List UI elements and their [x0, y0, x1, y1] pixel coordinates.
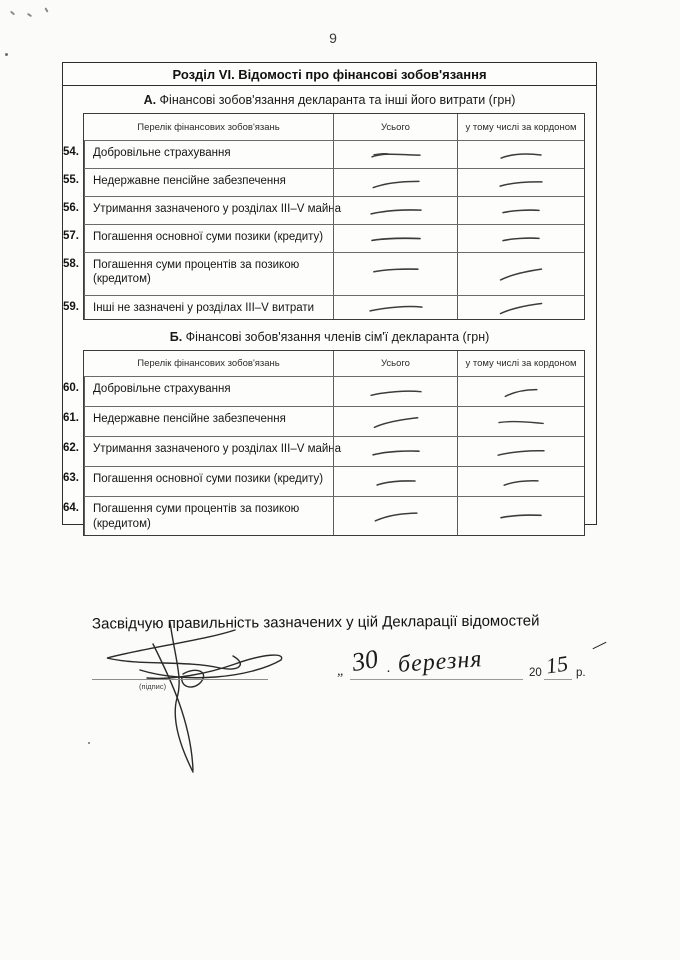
- abroad-dash-mark: [457, 407, 584, 436]
- total-dash-mark: [333, 407, 457, 436]
- handwritten-dash-icon: [371, 413, 420, 430]
- scan-artifact-speck: [5, 53, 8, 56]
- abroad-dash-mark: [457, 197, 584, 224]
- table-row: 58. Погашення суми процентів за позикою …: [84, 252, 584, 295]
- row-number: 55.: [63, 174, 83, 186]
- table-row: 60. Добровільне страхування: [84, 376, 584, 406]
- subsection-b-text: Фінансові зобов'язання членів сім'ї декл…: [182, 330, 489, 344]
- row-number: 54.: [63, 146, 83, 158]
- handwritten-dash-icon: [501, 233, 541, 244]
- year-suffix: р.: [576, 667, 586, 679]
- scan-artifact-tick: [27, 13, 32, 18]
- handwritten-dash-icon: [498, 176, 544, 188]
- handwritten-dash-icon: [497, 414, 546, 429]
- col-header-list: Перелік фінансових зобов'язань: [84, 114, 333, 140]
- financial-obligations-table-b: Перелік фінансових зобов'язань Усього у …: [83, 350, 585, 536]
- abroad-dash-mark: [457, 437, 584, 466]
- signature-caption: (підпис): [139, 682, 166, 691]
- subsection-a-text: Фінансові зобов'язання декларанта та інш…: [156, 93, 515, 107]
- abroad-dash-mark: [457, 141, 584, 168]
- handwritten-dash-icon: [496, 446, 546, 459]
- handwritten-dash-icon: [497, 264, 545, 284]
- page-number: 9: [318, 30, 348, 46]
- abroad-dash-mark: [457, 253, 584, 295]
- row-label: Утримання зазначеного у розділах III–V м…: [84, 197, 333, 224]
- subsection-a-title: А. Фінансові зобов'язання декларанта та …: [63, 93, 596, 107]
- table-row: 55. Недержавне пенсійне забезпечення: [84, 168, 584, 196]
- handwritten-dash-icon: [499, 510, 543, 522]
- handwritten-year: 15: [544, 651, 569, 680]
- row-label: Погашення основної суми позики (кредиту): [84, 225, 333, 252]
- subsection-b-title: Б. Фінансові зобов'язання членів сім'ї д…: [63, 330, 596, 344]
- handwritten-dash-icon: [501, 205, 541, 216]
- handwritten-dash-icon: [370, 446, 420, 458]
- row-number: 60.: [63, 382, 83, 394]
- total-dash-mark: [333, 141, 457, 168]
- table-header-row: Перелік фінансових зобов'язань Усього у …: [84, 114, 584, 140]
- total-dash-mark: [333, 225, 457, 252]
- date-underline: [350, 679, 523, 680]
- abroad-dash-mark: [457, 467, 584, 496]
- table-row: 59. Інші не зазначені у розділах III–V в…: [84, 295, 584, 319]
- handwritten-day: 30: [350, 644, 381, 678]
- row-number: 62.: [63, 442, 83, 454]
- handwritten-dash-icon: [369, 149, 421, 161]
- total-dash-mark: [333, 296, 457, 319]
- row-label: Добровільне страхування: [84, 377, 333, 406]
- col-header-total: Усього: [333, 114, 457, 140]
- total-dash-mark: [333, 497, 457, 535]
- row-label: Недержавне пенсійне забезпечення: [84, 169, 333, 196]
- handwritten-dash-icon: [374, 476, 416, 488]
- row-label: Інші не зазначені у розділах III–V витра…: [84, 296, 333, 319]
- col-header-list: Перелік фінансових зобов'язань: [84, 351, 333, 376]
- abroad-dash-mark: [457, 377, 584, 406]
- abroad-dash-mark: [457, 225, 584, 252]
- table-row: 62. Утримання зазначеного у розділах III…: [84, 436, 584, 466]
- table-row: 63. Погашення основної суми позики (кред…: [84, 466, 584, 496]
- row-number: 61.: [63, 412, 83, 424]
- col-header-abroad: у тому числі за кордоном: [457, 351, 584, 376]
- handwritten-dash-icon: [372, 508, 419, 524]
- year-prefix: 20: [529, 667, 542, 679]
- handwritten-dash-icon: [368, 385, 422, 398]
- row-number: 59.: [63, 301, 83, 313]
- row-label: Погашення основної суми позики (кредиту): [84, 467, 333, 496]
- table-row: 61. Недержавне пенсійне забезпечення: [84, 406, 584, 436]
- handwritten-dash-icon: [503, 385, 540, 398]
- date-open-quote: „: [337, 664, 345, 680]
- handwritten-dash-icon: [369, 233, 421, 244]
- subsection-b-letter: Б.: [170, 330, 182, 344]
- section-vi-box: Розділ VI. Відомості про фінансові зобов…: [62, 62, 597, 525]
- handwritten-dash-icon: [502, 476, 541, 489]
- handwritten-dash-icon: [499, 148, 543, 160]
- handwritten-dash-icon: [370, 176, 421, 189]
- financial-obligations-table-a: Перелік фінансових зобов'язань Усього у …: [83, 113, 585, 320]
- abroad-dash-mark: [457, 169, 584, 196]
- total-dash-mark: [333, 253, 457, 295]
- handwritten-dash-icon: [367, 302, 423, 314]
- table-row: 54. Добровільне страхування: [84, 140, 584, 168]
- row-label: Погашення суми процентів за позикою (кре…: [84, 497, 333, 535]
- subsection-a-letter: А.: [144, 93, 157, 107]
- row-number: 58.: [63, 258, 83, 270]
- scan-artifact-tick: [44, 7, 48, 12]
- total-dash-mark: [333, 437, 457, 466]
- handwritten-dash-icon: [497, 299, 544, 317]
- scan-artifact-tick: [10, 11, 15, 16]
- row-number: 63.: [63, 472, 83, 484]
- table-row: 57. Погашення основної суми позики (кред…: [84, 224, 584, 252]
- year-underline: [544, 679, 572, 680]
- total-dash-mark: [333, 197, 457, 224]
- row-label: Утримання зазначеного у розділах III–V м…: [84, 437, 333, 466]
- abroad-dash-mark: [457, 296, 584, 319]
- row-number: 56.: [63, 202, 83, 214]
- table-header-row: Перелік фінансових зобов'язань Усього у …: [84, 351, 584, 376]
- table-row: 64. Погашення суми процентів за позикою …: [84, 496, 584, 535]
- row-label: Погашення суми процентів за позикою (кре…: [84, 253, 333, 295]
- row-number: 57.: [63, 230, 83, 242]
- handwritten-signature: [85, 618, 295, 776]
- row-label: Недержавне пенсійне забезпечення: [84, 407, 333, 436]
- section-vi-title: Розділ VI. Відомості про фінансові зобов…: [63, 63, 596, 86]
- total-dash-mark: [333, 467, 457, 496]
- col-header-abroad: у тому числі за кордоном: [457, 114, 584, 140]
- handwritten-month: березня: [397, 646, 483, 679]
- signature-line: [92, 679, 268, 680]
- row-label: Добровільне страхування: [84, 141, 333, 168]
- total-dash-mark: [333, 169, 457, 196]
- abroad-dash-mark: [457, 497, 584, 535]
- total-dash-mark: [333, 377, 457, 406]
- col-header-total: Усього: [333, 351, 457, 376]
- handwritten-dash-icon: [368, 205, 422, 217]
- row-number: 64.: [63, 502, 83, 514]
- handwritten-separator: ·: [386, 662, 391, 679]
- table-row: 56. Утримання зазначеного у розділах III…: [84, 196, 584, 224]
- handwritten-tick-mark: [593, 642, 607, 649]
- scanned-declaration-page: { "page": { "number": "9" }, "section_he…: [0, 0, 680, 960]
- handwritten-dash-icon: [371, 263, 419, 277]
